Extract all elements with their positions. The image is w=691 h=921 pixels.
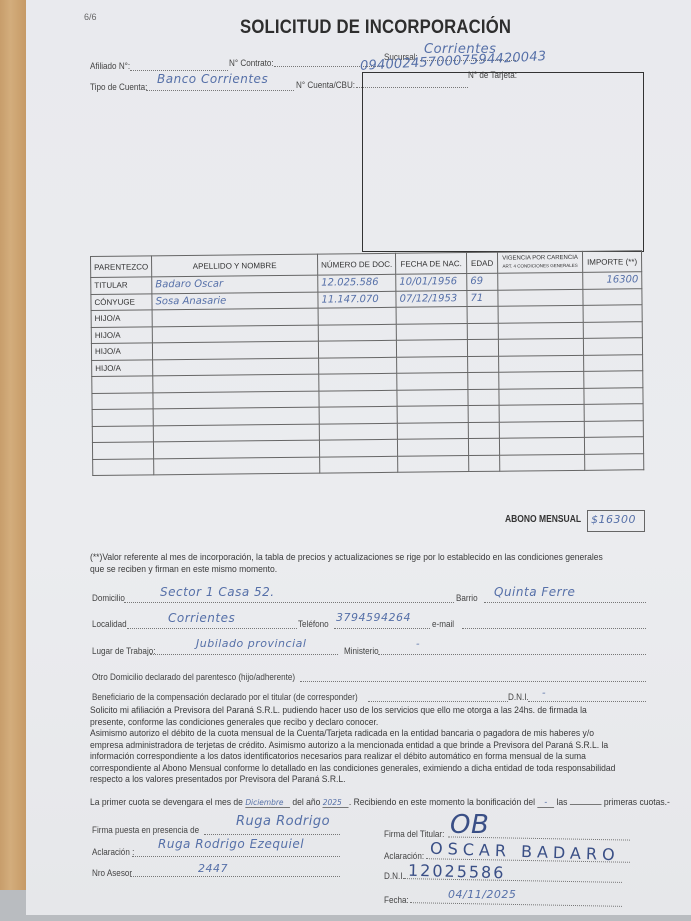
email-label: e-mail — [432, 619, 454, 629]
firma-titular-signature: OB — [450, 810, 489, 840]
cell-fecha[interactable] — [397, 373, 468, 390]
beneficiario-dni-value: - — [542, 688, 546, 699]
cell-doc[interactable] — [320, 456, 398, 473]
col-importe: IMPORTE (**) — [582, 251, 641, 273]
cell-fecha[interactable] — [397, 389, 468, 406]
cell-importe[interactable] — [584, 404, 643, 421]
cell-importe[interactable] — [583, 321, 642, 338]
cell-doc[interactable] — [318, 324, 396, 341]
asesor-value: 2447 — [198, 862, 228, 875]
cell-vigencia[interactable] — [498, 322, 583, 339]
cell-vigencia[interactable] — [499, 404, 584, 421]
firma-presencia-label: Firma puesta en presencia de — [92, 825, 199, 835]
cell-fecha[interactable] — [398, 455, 469, 472]
cell-doc[interactable] — [318, 340, 396, 357]
tipo-cuenta-field[interactable] — [146, 90, 294, 91]
cell-nombre[interactable] — [153, 407, 319, 425]
cell-nombre[interactable] — [152, 308, 318, 326]
debit-authorization-text: Asimismo autorizo el débito de la cuota … — [90, 728, 628, 786]
cell-importe[interactable] — [584, 387, 643, 404]
cell-edad[interactable] — [468, 422, 499, 439]
titular-dni-value: 12025586 — [408, 861, 506, 883]
cell-edad[interactable] — [468, 405, 499, 422]
cell-vigencia[interactable] — [499, 437, 584, 454]
otro-domicilio-label: Otro Domicilio declarado del parentesco … — [92, 672, 295, 682]
localidad-value: Corrientes — [168, 611, 235, 625]
cell-doc[interactable]: 11.147.070 — [318, 291, 396, 308]
contrato-label: N° Contrato: — [229, 58, 274, 68]
col-doc: NÚMERO DE DOC. — [317, 253, 395, 275]
cell-nombre[interactable] — [154, 457, 320, 475]
cuota-mes-field[interactable]: Diciembre — [245, 798, 290, 808]
ministerio-field[interactable] — [378, 654, 646, 655]
cell-parentezco — [92, 425, 153, 442]
fecha-label: Fecha: — [384, 895, 409, 905]
col-edad: EDAD — [467, 252, 498, 273]
cell-vigencia[interactable] — [499, 421, 584, 438]
cell-parentezco: HIJO/A — [91, 343, 152, 360]
asesor-field[interactable] — [130, 876, 340, 877]
abono-mensual-value: $16300 — [591, 513, 636, 526]
cell-doc[interactable] — [319, 390, 397, 407]
aclaracion-left-field[interactable] — [132, 856, 340, 857]
beneficiario-dni-label: D.N.I. — [508, 692, 529, 702]
cell-vigencia[interactable] — [499, 388, 584, 405]
aclaracion-left-label: Aclaración : — [92, 847, 134, 857]
cell-doc[interactable] — [319, 423, 397, 440]
barrio-field[interactable] — [484, 602, 646, 603]
afiliado-field[interactable] — [130, 70, 228, 71]
domicilio-field[interactable] — [124, 602, 454, 603]
lugar-trabajo-value: Jubilado provincial — [196, 637, 306, 650]
col-nombre: APELLIDO Y NOMBRE — [152, 254, 318, 277]
cell-edad[interactable] — [467, 323, 498, 340]
domicilio-label: Domicilio — [92, 593, 125, 603]
cell-nombre[interactable] — [152, 341, 318, 359]
cell-fecha[interactable] — [397, 340, 468, 357]
cell-nombre[interactable] — [153, 358, 319, 376]
cell-edad[interactable] — [467, 339, 498, 356]
email-field[interactable] — [462, 628, 646, 629]
cell-fecha[interactable]: 10/01/1956 — [396, 274, 467, 291]
cell-fecha[interactable] — [397, 406, 468, 423]
cell-fecha[interactable] — [397, 422, 468, 439]
las-label: las — [557, 797, 568, 807]
aclaracion-left-value: Ruga Rodrigo Ezequiel — [158, 837, 304, 851]
primeras-cuotas-label: primeras cuotas.- — [604, 797, 670, 807]
cell-vigencia[interactable] — [498, 338, 583, 355]
cell-fecha[interactable]: 07/12/1953 — [396, 290, 467, 307]
telefono-value: 3794594264 — [336, 611, 411, 624]
tipo-cuenta-label: Tipo de Cuenta: — [90, 82, 147, 92]
cell-edad[interactable] — [468, 438, 499, 455]
cell-vigencia[interactable] — [499, 371, 584, 388]
cell-nombre[interactable]: Badaro Oscar — [152, 275, 318, 293]
telefono-field[interactable] — [334, 628, 430, 629]
aclaracion-right-label: Aclaración: — [384, 851, 424, 861]
cell-importe[interactable] — [583, 338, 642, 355]
cell-edad[interactable] — [469, 455, 500, 472]
family-members-table: PARENTEZCO APELLIDO Y NOMBRE NÚMERO DE D… — [90, 250, 644, 476]
cell-nombre[interactable] — [153, 374, 319, 392]
firma-titular-label: Firma del Titular: — [384, 829, 444, 839]
cell-importe[interactable]: 16300 — [583, 272, 642, 289]
cell-fecha[interactable] — [398, 439, 469, 456]
cuenta-cbu-label: N° Cuenta/CBU: — [296, 80, 355, 90]
cell-doc[interactable]: 12.025.586 — [318, 274, 396, 291]
abono-mensual-label: ABONO MENSUAL — [505, 514, 581, 525]
cuotas-count-field[interactable] — [570, 804, 602, 805]
cell-importe[interactable] — [585, 453, 644, 470]
beneficiario-field[interactable] — [368, 701, 508, 702]
cell-nombre[interactable] — [154, 440, 320, 458]
cell-edad[interactable]: 69 — [467, 273, 498, 290]
cell-nombre[interactable] — [153, 424, 319, 442]
cell-edad[interactable] — [467, 306, 498, 323]
cell-vigencia[interactable] — [498, 289, 583, 306]
cell-vigencia[interactable] — [498, 272, 583, 289]
titular-dni-label: D.N.I. — [384, 871, 405, 881]
otro-domicilio-field[interactable] — [300, 681, 646, 682]
cell-parentezco: HIJO/A — [92, 359, 153, 376]
lugar-trabajo-field[interactable] — [150, 654, 338, 655]
cell-parentezco — [93, 458, 154, 475]
cuota-anio-label: del año — [292, 797, 320, 807]
col-fecha: FECHA DE NAC. — [396, 253, 467, 275]
page-title: SOLICITUD DE INCORPORACIÓN — [240, 17, 511, 39]
cell-doc[interactable] — [319, 406, 397, 423]
cell-parentezco: HIJO/A — [91, 310, 152, 327]
cell-edad[interactable] — [468, 356, 499, 373]
cell-vigencia[interactable] — [498, 305, 583, 322]
col-vigencia-subtitle: ART. 4 CONDICIONES GENERALES — [503, 262, 578, 268]
price-note: (**)Valor referente al mes de incorporac… — [90, 552, 611, 575]
cell-doc[interactable] — [319, 373, 397, 390]
cell-parentezco — [92, 392, 153, 409]
lugar-trabajo-label: Lugar de Trabajo: — [92, 646, 156, 656]
cell-parentezco — [92, 376, 153, 393]
col-vigencia: VIGENCIA POR CARENCIAART. 4 CONDICIONES … — [498, 251, 583, 273]
cell-edad[interactable]: 71 — [467, 290, 498, 307]
cell-parentezco — [92, 409, 153, 426]
cuota-suffix: . Recibiendo en este momento la bonifica… — [349, 797, 535, 807]
afiliado-label: Afiliado N°: — [90, 61, 130, 71]
cell-fecha[interactable] — [396, 307, 467, 324]
cell-parentezco — [92, 442, 153, 459]
barrio-label: Barrio — [456, 593, 478, 603]
cell-nombre[interactable] — [152, 325, 318, 343]
wooden-desk-surface — [0, 0, 26, 921]
cell-importe[interactable] — [583, 288, 642, 305]
cell-parentezco: TITULAR — [91, 277, 152, 294]
barrio-value: Quinta Ferre — [494, 585, 575, 599]
col-vigencia-title: VIGENCIA POR CARENCIA — [502, 254, 578, 261]
tipo-cuenta-value: Banco Corrientes — [157, 72, 268, 86]
cell-nombre[interactable] — [153, 391, 319, 409]
cell-fecha[interactable] — [397, 356, 468, 373]
localidad-field[interactable] — [127, 628, 297, 629]
fecha-value: 04/11/2025 — [448, 888, 516, 901]
bonificacion-field[interactable]: - — [537, 797, 554, 808]
cell-fecha[interactable] — [396, 323, 467, 340]
cuota-anio-field[interactable]: 2025 — [323, 798, 349, 808]
cell-importe[interactable] — [584, 371, 643, 388]
domicilio-value: Sector 1 Casa 52. — [160, 585, 275, 599]
affiliation-request-text: Solicito mi afiliación a Previsora del P… — [90, 705, 625, 728]
cuota-prefix: La primer cuota se devengara el mes de — [90, 797, 243, 807]
cell-importe[interactable] — [584, 354, 643, 371]
firma-presencia-field[interactable] — [204, 834, 340, 835]
card-attachment-box — [362, 72, 644, 252]
cell-importe[interactable] — [584, 437, 643, 454]
cell-doc[interactable] — [319, 357, 397, 374]
first-installment-line: La primer cuota se devengara el mes de D… — [90, 797, 670, 808]
beneficiario-dni-field[interactable] — [528, 701, 646, 702]
telefono-label: Teléfono — [298, 619, 329, 629]
beneficiario-label: Beneficiario de la compensación declarad… — [92, 692, 358, 702]
cell-edad[interactable] — [468, 389, 499, 406]
page-number: 6/6 — [84, 12, 97, 22]
localidad-label: Localidad — [92, 619, 127, 629]
cell-edad[interactable] — [468, 372, 499, 389]
cell-doc[interactable] — [319, 439, 397, 456]
cell-nombre[interactable]: Sosa Anasarie — [152, 292, 318, 310]
cell-doc[interactable] — [318, 307, 396, 324]
cell-parentezco: CÓNYUGE — [91, 293, 152, 310]
asesor-label: Nro Asesor — [92, 868, 132, 878]
cell-parentezco: HIJO/A — [91, 326, 152, 343]
ministerio-value: - — [416, 639, 420, 650]
firma-presencia-signature: Ruga Rodrigo — [236, 814, 330, 829]
cell-vigencia[interactable] — [499, 355, 584, 372]
cell-vigencia[interactable] — [500, 454, 585, 471]
cell-importe[interactable] — [584, 420, 643, 437]
col-parentezco: PARENTEZCO — [91, 256, 152, 278]
cell-importe[interactable] — [583, 305, 642, 322]
ministerio-label: Ministerio — [344, 646, 379, 656]
